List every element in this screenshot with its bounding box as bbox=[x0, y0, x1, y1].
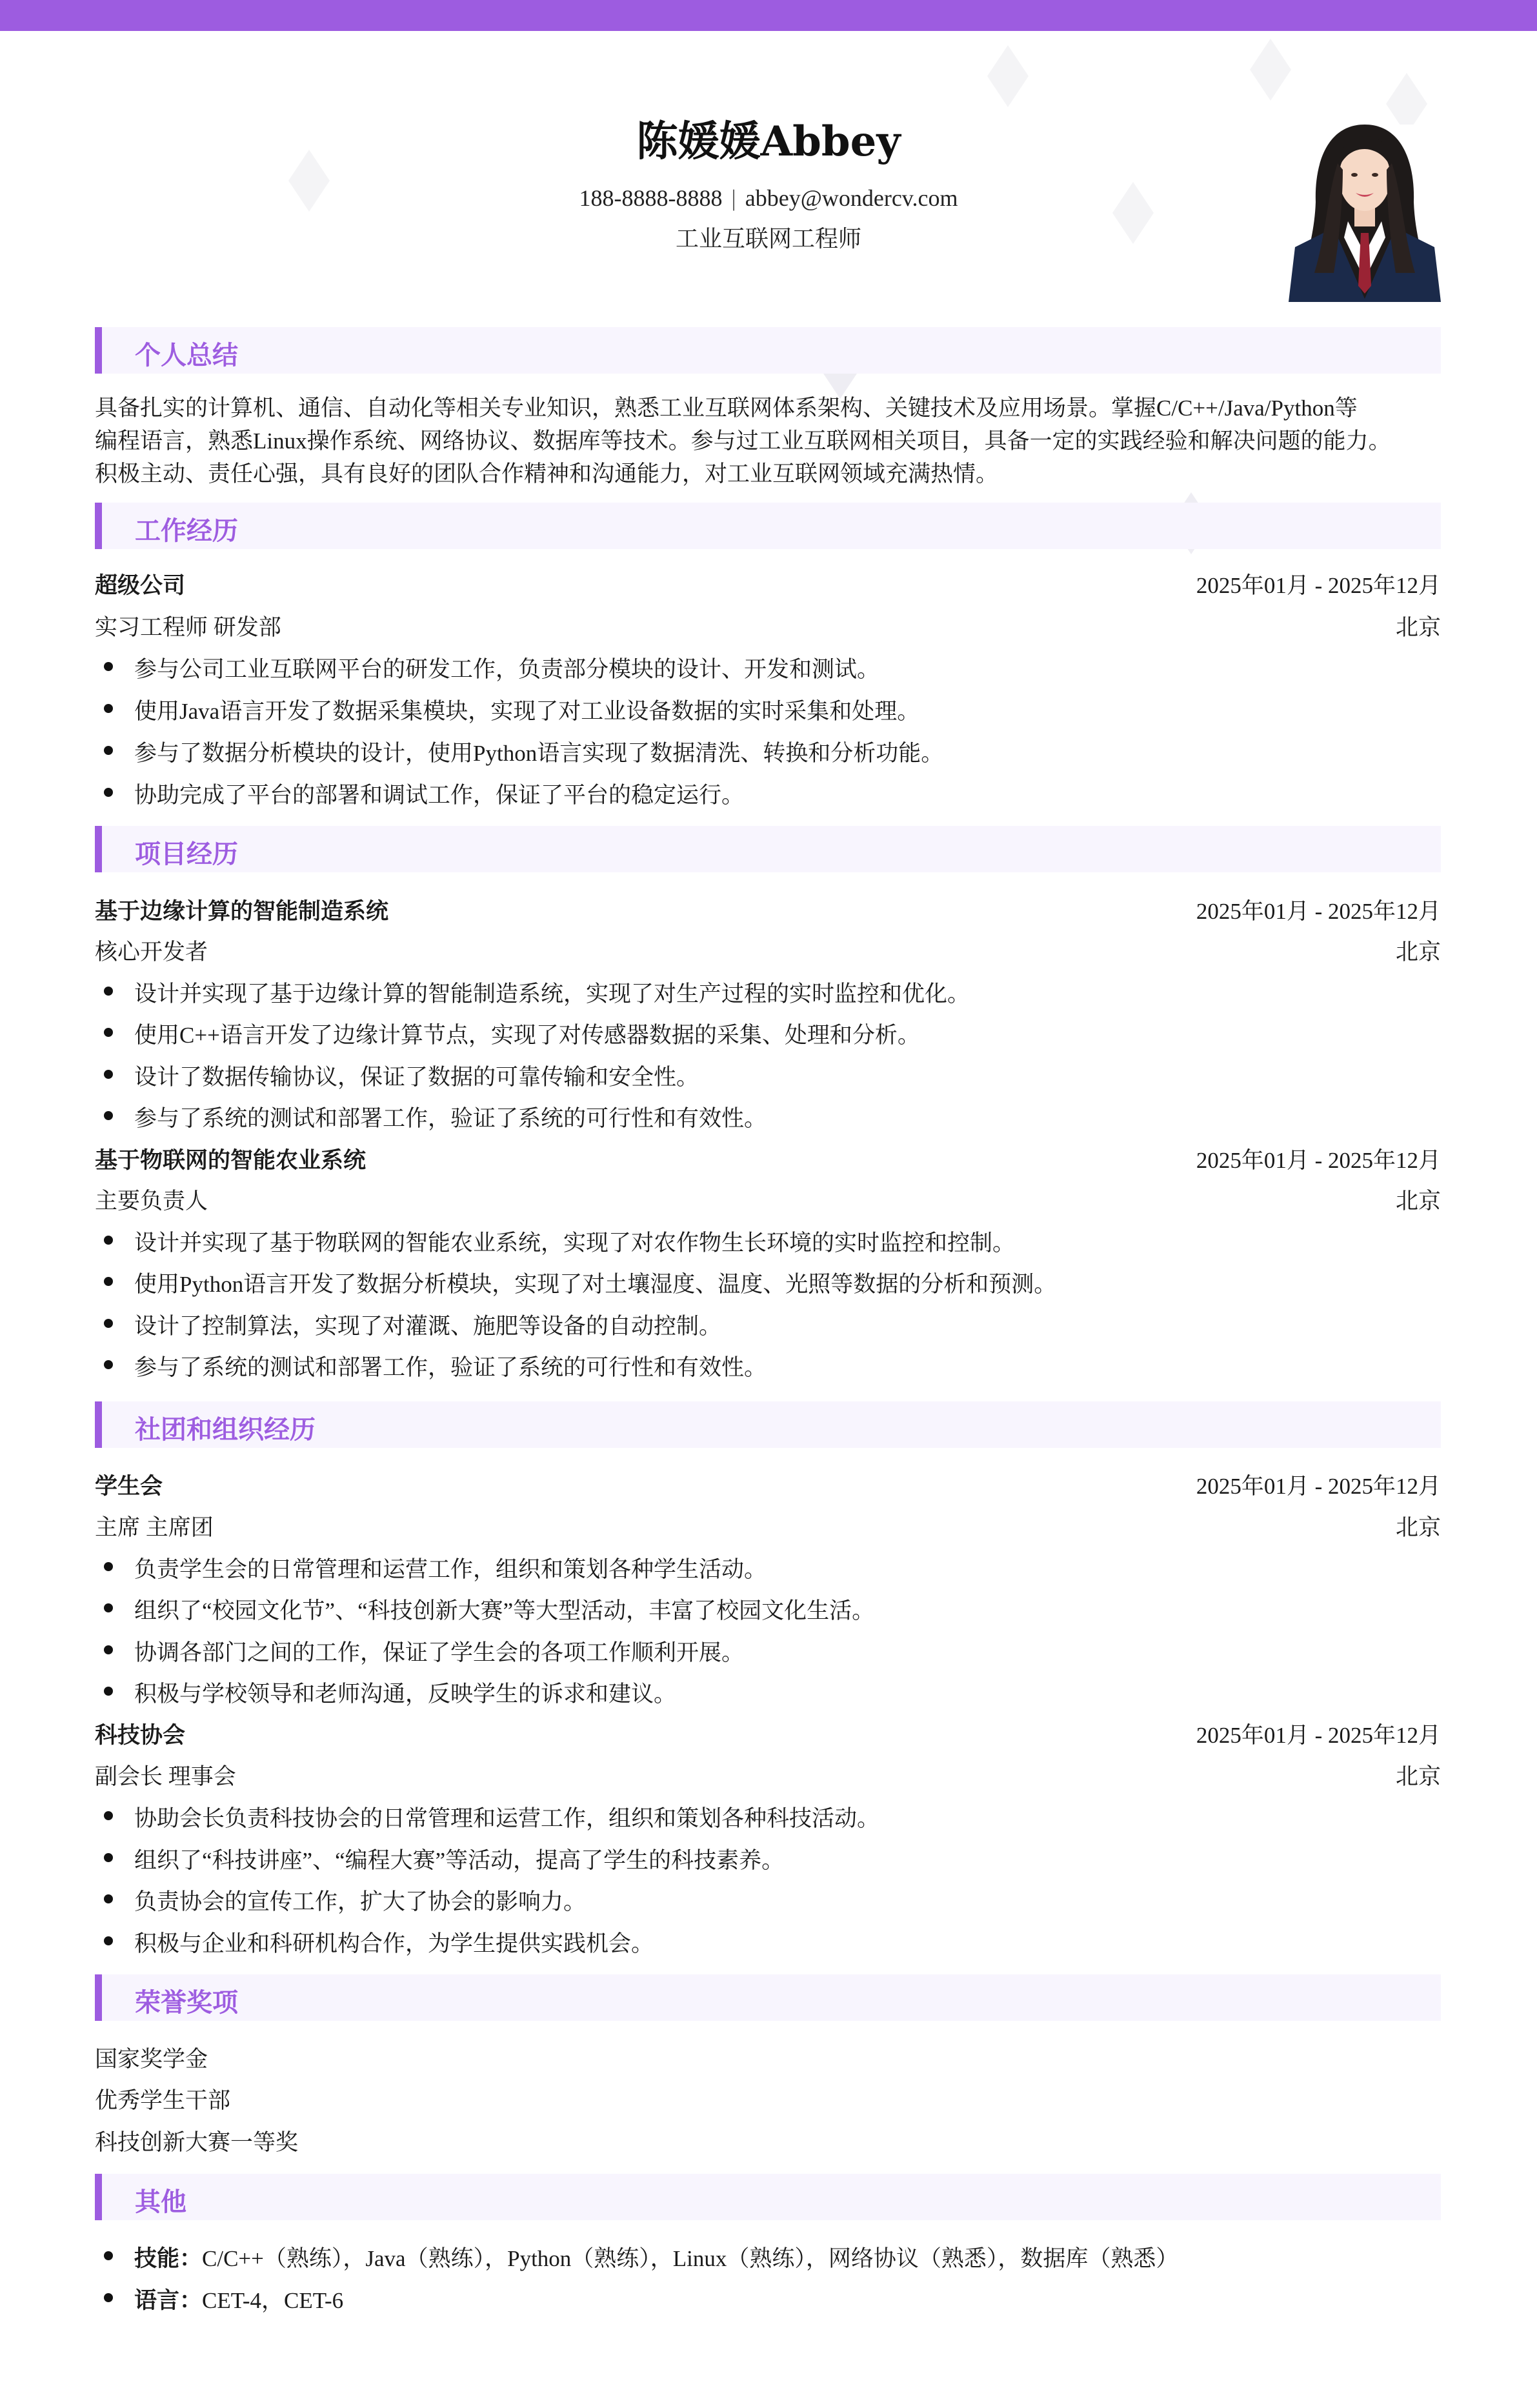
entry-role: 实习工程师 研发部 bbox=[95, 610, 281, 642]
bullet-dot-icon bbox=[104, 1687, 113, 1696]
section-accent-bar bbox=[95, 1401, 102, 1448]
bullet-dot-icon bbox=[104, 1936, 113, 1945]
entry-location: 北京 bbox=[1396, 934, 1441, 967]
section-title: 个人总结 bbox=[135, 335, 238, 372]
section-accent-bar bbox=[95, 503, 102, 549]
bullet-dot-icon bbox=[104, 1319, 113, 1328]
skills-value: C/C++（熟练），Java（熟练），Python（熟练），Linux（熟练），… bbox=[202, 2246, 1178, 2271]
section-awards-header: 荣誉奖项 bbox=[95, 1974, 1441, 2021]
bullet-dot-icon bbox=[104, 662, 113, 671]
section-title: 荣誉奖项 bbox=[135, 1982, 238, 2019]
bullet-dot-icon bbox=[104, 1111, 113, 1120]
contact-line: 188-8888-8888|abbey@wondercv.com bbox=[0, 185, 1537, 212]
entry-role: 主要负责人 bbox=[95, 1183, 208, 1216]
section-accent-bar bbox=[95, 2174, 102, 2220]
section-accent-bar bbox=[95, 1974, 102, 2021]
bullet-dot-icon bbox=[104, 1277, 113, 1286]
bullet-dot-icon bbox=[104, 1853, 113, 1862]
bullet-dot-icon bbox=[104, 1603, 113, 1612]
section-projects-header: 项目经历 bbox=[95, 826, 1441, 872]
summary-text: 具备扎实的计算机、通信、自动化等相关专业知识，熟悉工业互联网体系架构、关键技术及… bbox=[95, 392, 1443, 490]
entry-location: 北京 bbox=[1396, 1759, 1441, 1791]
bullet-dot-icon bbox=[104, 987, 113, 996]
candidate-name: 陈媛媛Abbey bbox=[0, 108, 1537, 168]
contact-separator: | bbox=[732, 185, 736, 212]
phone-number: 188-8888-8888 bbox=[579, 185, 723, 211]
bullet-dot-icon bbox=[104, 1894, 113, 1903]
entry-date: 2025年01月 - 2025年12月 bbox=[1196, 1718, 1441, 1750]
section-title: 其他 bbox=[135, 2182, 186, 2218]
entry-date: 2025年01月 - 2025年12月 bbox=[1196, 1143, 1441, 1175]
section-summary-header: 个人总结 bbox=[95, 327, 1441, 374]
award-item: 国家奖学金 bbox=[95, 2042, 208, 2074]
bullet-dot-icon bbox=[104, 1360, 113, 1369]
decorative-diamond-icon bbox=[1250, 39, 1291, 101]
skills-label: 技能： bbox=[134, 2246, 202, 2271]
entry-location: 北京 bbox=[1396, 610, 1441, 642]
entry-role: 副会长 理事会 bbox=[95, 1759, 236, 1791]
top-accent-bar bbox=[0, 0, 1537, 31]
entry-location: 北京 bbox=[1396, 1510, 1441, 1542]
section-other-header: 其他 bbox=[95, 2174, 1441, 2220]
languages-value: CET-4，CET-6 bbox=[202, 2288, 343, 2313]
bullet-dot-icon bbox=[104, 1811, 113, 1820]
entry-date: 2025年01月 - 2025年12月 bbox=[1196, 1469, 1441, 1501]
award-item: 科技创新大赛一等奖 bbox=[95, 2125, 298, 2157]
section-title: 项目经历 bbox=[135, 834, 238, 870]
section-activities-header: 社团和组织经历 bbox=[95, 1401, 1441, 1448]
summary-line: 积极主动、责任心强，具有良好的团队合作精神和沟通能力，对工业互联网领域充满热情。 bbox=[95, 457, 1443, 490]
entry-role: 核心开发者 bbox=[95, 934, 208, 967]
section-title: 社团和组织经历 bbox=[135, 1409, 316, 1446]
bullet-dot-icon bbox=[104, 788, 113, 797]
entry-org: 学生会 bbox=[95, 1469, 163, 1501]
job-title: 工业互联网工程师 bbox=[0, 221, 1537, 254]
section-work-header: 工作经历 bbox=[95, 503, 1441, 549]
bullet-dot-icon bbox=[104, 2293, 113, 2302]
bullet-dot-icon bbox=[104, 1236, 113, 1245]
section-title: 工作经历 bbox=[135, 510, 238, 547]
entry-org: 科技协会 bbox=[95, 1718, 185, 1750]
languages-label: 语言： bbox=[134, 2288, 202, 2313]
award-item: 优秀学生干部 bbox=[95, 2083, 230, 2115]
summary-line: 具备扎实的计算机、通信、自动化等相关专业知识，熟悉工业互联网体系架构、关键技术及… bbox=[95, 392, 1443, 425]
entry-date: 2025年01月 - 2025年12月 bbox=[1196, 894, 1441, 926]
bullet-dot-icon bbox=[104, 1562, 113, 1571]
entry-org: 超级公司 bbox=[95, 568, 185, 600]
entry-date: 2025年01月 - 2025年12月 bbox=[1196, 568, 1441, 600]
bullet-dot-icon bbox=[104, 746, 113, 755]
entry-role: 主席 主席团 bbox=[95, 1510, 214, 1542]
section-accent-bar bbox=[95, 826, 102, 872]
bullet-dot-icon bbox=[104, 1070, 113, 1079]
email-address: abbey@wondercv.com bbox=[745, 185, 958, 211]
bullet-dot-icon bbox=[104, 1645, 113, 1654]
bullet-dot-icon bbox=[104, 704, 113, 713]
entry-location: 北京 bbox=[1396, 1183, 1441, 1216]
entry-org: 基于边缘计算的智能制造系统 bbox=[95, 894, 388, 926]
section-accent-bar bbox=[95, 327, 102, 374]
bullet-dot-icon bbox=[104, 2251, 113, 2260]
summary-line: 编程语言，熟悉Linux操作系统、网络协议、数据库等技术。参与过工业互联网相关项… bbox=[95, 425, 1443, 457]
bullet-dot-icon bbox=[104, 1028, 113, 1037]
resume-page: 陈媛媛Abbey 188-8888-8888|abbey@wondercv.co… bbox=[0, 0, 1537, 2408]
entry-org: 基于物联网的智能农业系统 bbox=[95, 1143, 366, 1175]
decorative-diamond-icon bbox=[987, 45, 1029, 107]
